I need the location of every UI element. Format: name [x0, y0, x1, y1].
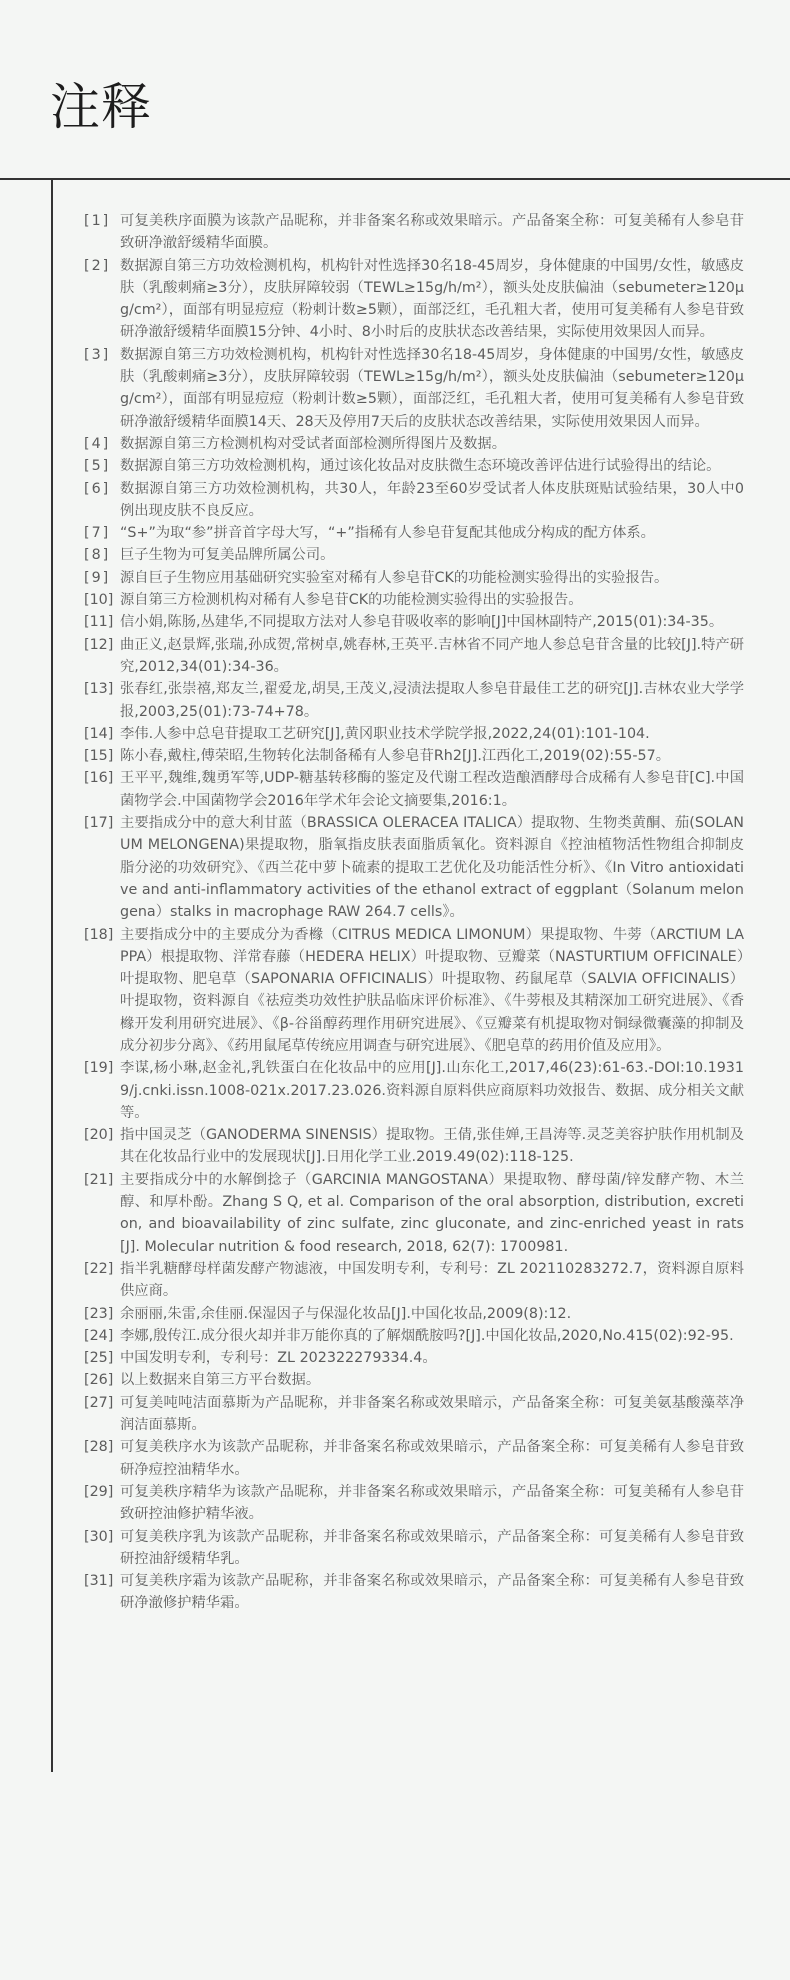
note-number: [1] [84, 210, 120, 255]
note-number: [10] [84, 589, 120, 611]
note-item: [17]主要指成分中的意大利甘蓝（BRASSICA OLERACEA ITALI… [84, 812, 744, 923]
note-item: [9]源自巨子生物应用基础研究实验室对稀有人参皂苷CK的功能检测实验得出的实验报… [84, 567, 744, 589]
note-item: [5]数据源自第三方功效检测机构，通过该化妆品对皮肤微生态环境改善评估进行试验得… [84, 455, 744, 477]
note-text: 以上数据来自第三方平台数据。 [120, 1369, 744, 1391]
note-number: [29] [84, 1481, 120, 1526]
vertical-divider [51, 178, 53, 1772]
note-text: 指半乳糖酵母样菌发酵产物滤液，中国发明专利，专利号：ZL 20211028327… [120, 1258, 744, 1303]
note-number: [9] [84, 567, 120, 589]
note-text: 指中国灵芝（GANODERMA SINENSIS）提取物。王倩,张佳婵,王昌涛等… [120, 1124, 744, 1169]
note-text: 余丽丽,朱雷,余佳丽.保湿因子与保湿化妆品[J].中国化妆品,2009(8):1… [120, 1303, 744, 1325]
note-text: 可复美秩序乳为该款产品昵称，并非备案名称或效果暗示，产品备案全称：可复美稀有人参… [120, 1526, 744, 1571]
note-number: [5] [84, 455, 120, 477]
note-number: [11] [84, 611, 120, 633]
note-text: 数据源自第三方功效检测机构，共30人，年龄23至60岁受试者人体皮肤斑贴试验结果… [120, 478, 744, 523]
note-text: 数据源自第三方检测机构对受试者面部检测所得图片及数据。 [120, 433, 744, 455]
note-text: 李伟.人参中总皂苷提取工艺研究[J],黄冈职业技术学院学报,2022,24(01… [120, 723, 744, 745]
note-number: [23] [84, 1303, 120, 1325]
note-text: 数据源自第三方功效检测机构，机构针对性选择30名18-45周岁，身体健康的中国男… [120, 255, 744, 344]
note-item: [8]巨子生物为可复美品牌所属公司。 [84, 544, 744, 566]
note-item: [1]可复美秩序面膜为该款产品昵称，并非备案名称或效果暗示。产品备案全称：可复美… [84, 210, 744, 255]
note-text: 可复美秩序水为该款产品昵称，并非备案名称或效果暗示，产品备案全称：可复美稀有人参… [120, 1436, 744, 1481]
note-number: [6] [84, 478, 120, 523]
note-text: 陈小春,戴柱,傅荣昭,生物转化法制备稀有人参皂苷Rh2[J].江西化工,2019… [120, 745, 744, 767]
note-number: [18] [84, 924, 120, 1058]
note-number: [26] [84, 1369, 120, 1391]
note-text: 李娜,殷传江.成分很火却并非万能你真的了解烟酰胺吗?[J].中国化妆品,2020… [120, 1325, 744, 1347]
note-item: [22]指半乳糖酵母样菌发酵产物滤液，中国发明专利，专利号：ZL 2021102… [84, 1258, 744, 1303]
note-number: [4] [84, 433, 120, 455]
note-item: [10]源自第三方检测机构对稀有人参皂苷CK的功能检测实验得出的实验报告。 [84, 589, 744, 611]
note-text: “S+”为取“参”拼音首字母大写，“+”指稀有人参皂苷复配其他成分构成的配方体系… [120, 522, 744, 544]
horizontal-divider [0, 178, 790, 180]
note-item: [16]王平平,魏维,魏勇军等,UDP-糖基转移酶的鉴定及代谢工程改造酿酒酵母合… [84, 767, 744, 812]
note-text: 源自第三方检测机构对稀有人参皂苷CK的功能检测实验得出的实验报告。 [120, 589, 744, 611]
note-text: 主要指成分中的水解倒捻子（GARCINIA MANGOSTANA）果提取物、酵母… [120, 1169, 744, 1258]
note-item: [3]数据源自第三方功效检测机构，机构针对性选择30名18-45周岁，身体健康的… [84, 344, 744, 433]
note-text: 中国发明专利，专利号：ZL 202322279334.4。 [120, 1347, 744, 1369]
note-text: 可复美秩序霜为该款产品昵称，并非备案名称或效果暗示，产品备案全称：可复美稀有人参… [120, 1570, 744, 1615]
note-item: [19]李谋,杨小琳,赵金礼,乳铁蛋白在化妆品中的应用[J].山东化工,2017… [84, 1057, 744, 1124]
note-item: [7]“S+”为取“参”拼音首字母大写，“+”指稀有人参皂苷复配其他成分构成的配… [84, 522, 744, 544]
note-item: [4]数据源自第三方检测机构对受试者面部检测所得图片及数据。 [84, 433, 744, 455]
note-text: 张春红,张崇禧,郑友兰,翟爱龙,胡昊,王茂义,浸渍法提取人参皂苷最佳工艺的研究[… [120, 678, 744, 723]
note-text: 曲正义,赵景辉,张瑞,孙成贺,常树卓,姚春林,王英平.吉林省不同产地人参总皂苷含… [120, 634, 744, 679]
note-text: 主要指成分中的意大利甘蓝（BRASSICA OLERACEA ITALICA）提… [120, 812, 744, 923]
note-number: [19] [84, 1057, 120, 1124]
note-number: [12] [84, 634, 120, 679]
note-item: [12]曲正义,赵景辉,张瑞,孙成贺,常树卓,姚春林,王英平.吉林省不同产地人参… [84, 634, 744, 679]
note-number: [30] [84, 1526, 120, 1571]
note-number: [25] [84, 1347, 120, 1369]
note-text: 王平平,魏维,魏勇军等,UDP-糖基转移酶的鉴定及代谢工程改造酿酒酵母合成稀有人… [120, 767, 744, 812]
note-text: 数据源自第三方功效检测机构，通过该化妆品对皮肤微生态环境改善评估进行试验得出的结… [120, 455, 744, 477]
note-text: 可复美吨吨洁面慕斯为产品昵称，并非备案名称或效果暗示，产品备案全称：可复美氨基酸… [120, 1392, 744, 1437]
note-number: [20] [84, 1124, 120, 1169]
note-item: [31]可复美秩序霜为该款产品昵称，并非备案名称或效果暗示，产品备案全称：可复美… [84, 1570, 744, 1615]
note-number: [2] [84, 255, 120, 344]
note-number: [31] [84, 1570, 120, 1615]
note-text: 信小娟,陈肠,丛建华,不同提取方法对人参皂苷吸收率的影响[J]中国林副特产,20… [120, 611, 744, 633]
note-item: [14]李伟.人参中总皂苷提取工艺研究[J],黄冈职业技术学院学报,2022,2… [84, 723, 744, 745]
note-item: [20]指中国灵芝（GANODERMA SINENSIS）提取物。王倩,张佳婵,… [84, 1124, 744, 1169]
note-text: 源自巨子生物应用基础研究实验室对稀有人参皂苷CK的功能检测实验得出的实验报告。 [120, 567, 744, 589]
note-item: [13]张春红,张崇禧,郑友兰,翟爱龙,胡昊,王茂义,浸渍法提取人参皂苷最佳工艺… [84, 678, 744, 723]
note-number: [28] [84, 1436, 120, 1481]
note-item: [11]信小娟,陈肠,丛建华,不同提取方法对人参皂苷吸收率的影响[J]中国林副特… [84, 611, 744, 633]
page-title: 注释 [50, 82, 152, 132]
note-item: [27]可复美吨吨洁面慕斯为产品昵称，并非备案名称或效果暗示，产品备案全称：可复… [84, 1392, 744, 1437]
note-item: [21]主要指成分中的水解倒捻子（GARCINIA MANGOSTANA）果提取… [84, 1169, 744, 1258]
note-number: [8] [84, 544, 120, 566]
note-number: [22] [84, 1258, 120, 1303]
note-item: [30]可复美秩序乳为该款产品昵称，并非备案名称或效果暗示，产品备案全称：可复美… [84, 1526, 744, 1571]
note-item: [26]以上数据来自第三方平台数据。 [84, 1369, 744, 1391]
note-item: [15]陈小春,戴柱,傅荣昭,生物转化法制备稀有人参皂苷Rh2[J].江西化工,… [84, 745, 744, 767]
note-item: [28]可复美秩序水为该款产品昵称，并非备案名称或效果暗示，产品备案全称：可复美… [84, 1436, 744, 1481]
note-item: [25]中国发明专利，专利号：ZL 202322279334.4。 [84, 1347, 744, 1369]
note-item: [29]可复美秩序精华为该款产品昵称，并非备案名称或效果暗示，产品备案全称：可复… [84, 1481, 744, 1526]
notes-list: [1]可复美秩序面膜为该款产品昵称，并非备案名称或效果暗示。产品备案全称：可复美… [84, 210, 744, 1615]
note-number: [15] [84, 745, 120, 767]
note-text: 主要指成分中的主要成分为香橼（CITRUS MEDICA LIMONUM）果提取… [120, 924, 744, 1058]
note-number: [16] [84, 767, 120, 812]
note-number: [7] [84, 522, 120, 544]
note-item: [6]数据源自第三方功效检测机构，共30人，年龄23至60岁受试者人体皮肤斑贴试… [84, 478, 744, 523]
note-text: 可复美秩序精华为该款产品昵称，并非备案名称或效果暗示，产品备案全称：可复美稀有人… [120, 1481, 744, 1526]
note-number: [17] [84, 812, 120, 923]
note-item: [2]数据源自第三方功效检测机构，机构针对性选择30名18-45周岁，身体健康的… [84, 255, 744, 344]
note-number: [13] [84, 678, 120, 723]
note-text: 巨子生物为可复美品牌所属公司。 [120, 544, 744, 566]
note-text: 可复美秩序面膜为该款产品昵称，并非备案名称或效果暗示。产品备案全称：可复美稀有人… [120, 210, 744, 255]
note-number: [3] [84, 344, 120, 433]
note-item: [24]李娜,殷传江.成分很火却并非万能你真的了解烟酰胺吗?[J].中国化妆品,… [84, 1325, 744, 1347]
note-number: [27] [84, 1392, 120, 1437]
note-text: 数据源自第三方功效检测机构，机构针对性选择30名18-45周岁，身体健康的中国男… [120, 344, 744, 433]
note-item: [23]余丽丽,朱雷,余佳丽.保湿因子与保湿化妆品[J].中国化妆品,2009(… [84, 1303, 744, 1325]
note-number: [14] [84, 723, 120, 745]
note-number: [24] [84, 1325, 120, 1347]
note-text: 李谋,杨小琳,赵金礼,乳铁蛋白在化妆品中的应用[J].山东化工,2017,46(… [120, 1057, 744, 1124]
note-number: [21] [84, 1169, 120, 1258]
note-item: [18]主要指成分中的主要成分为香橼（CITRUS MEDICA LIMONUM… [84, 924, 744, 1058]
